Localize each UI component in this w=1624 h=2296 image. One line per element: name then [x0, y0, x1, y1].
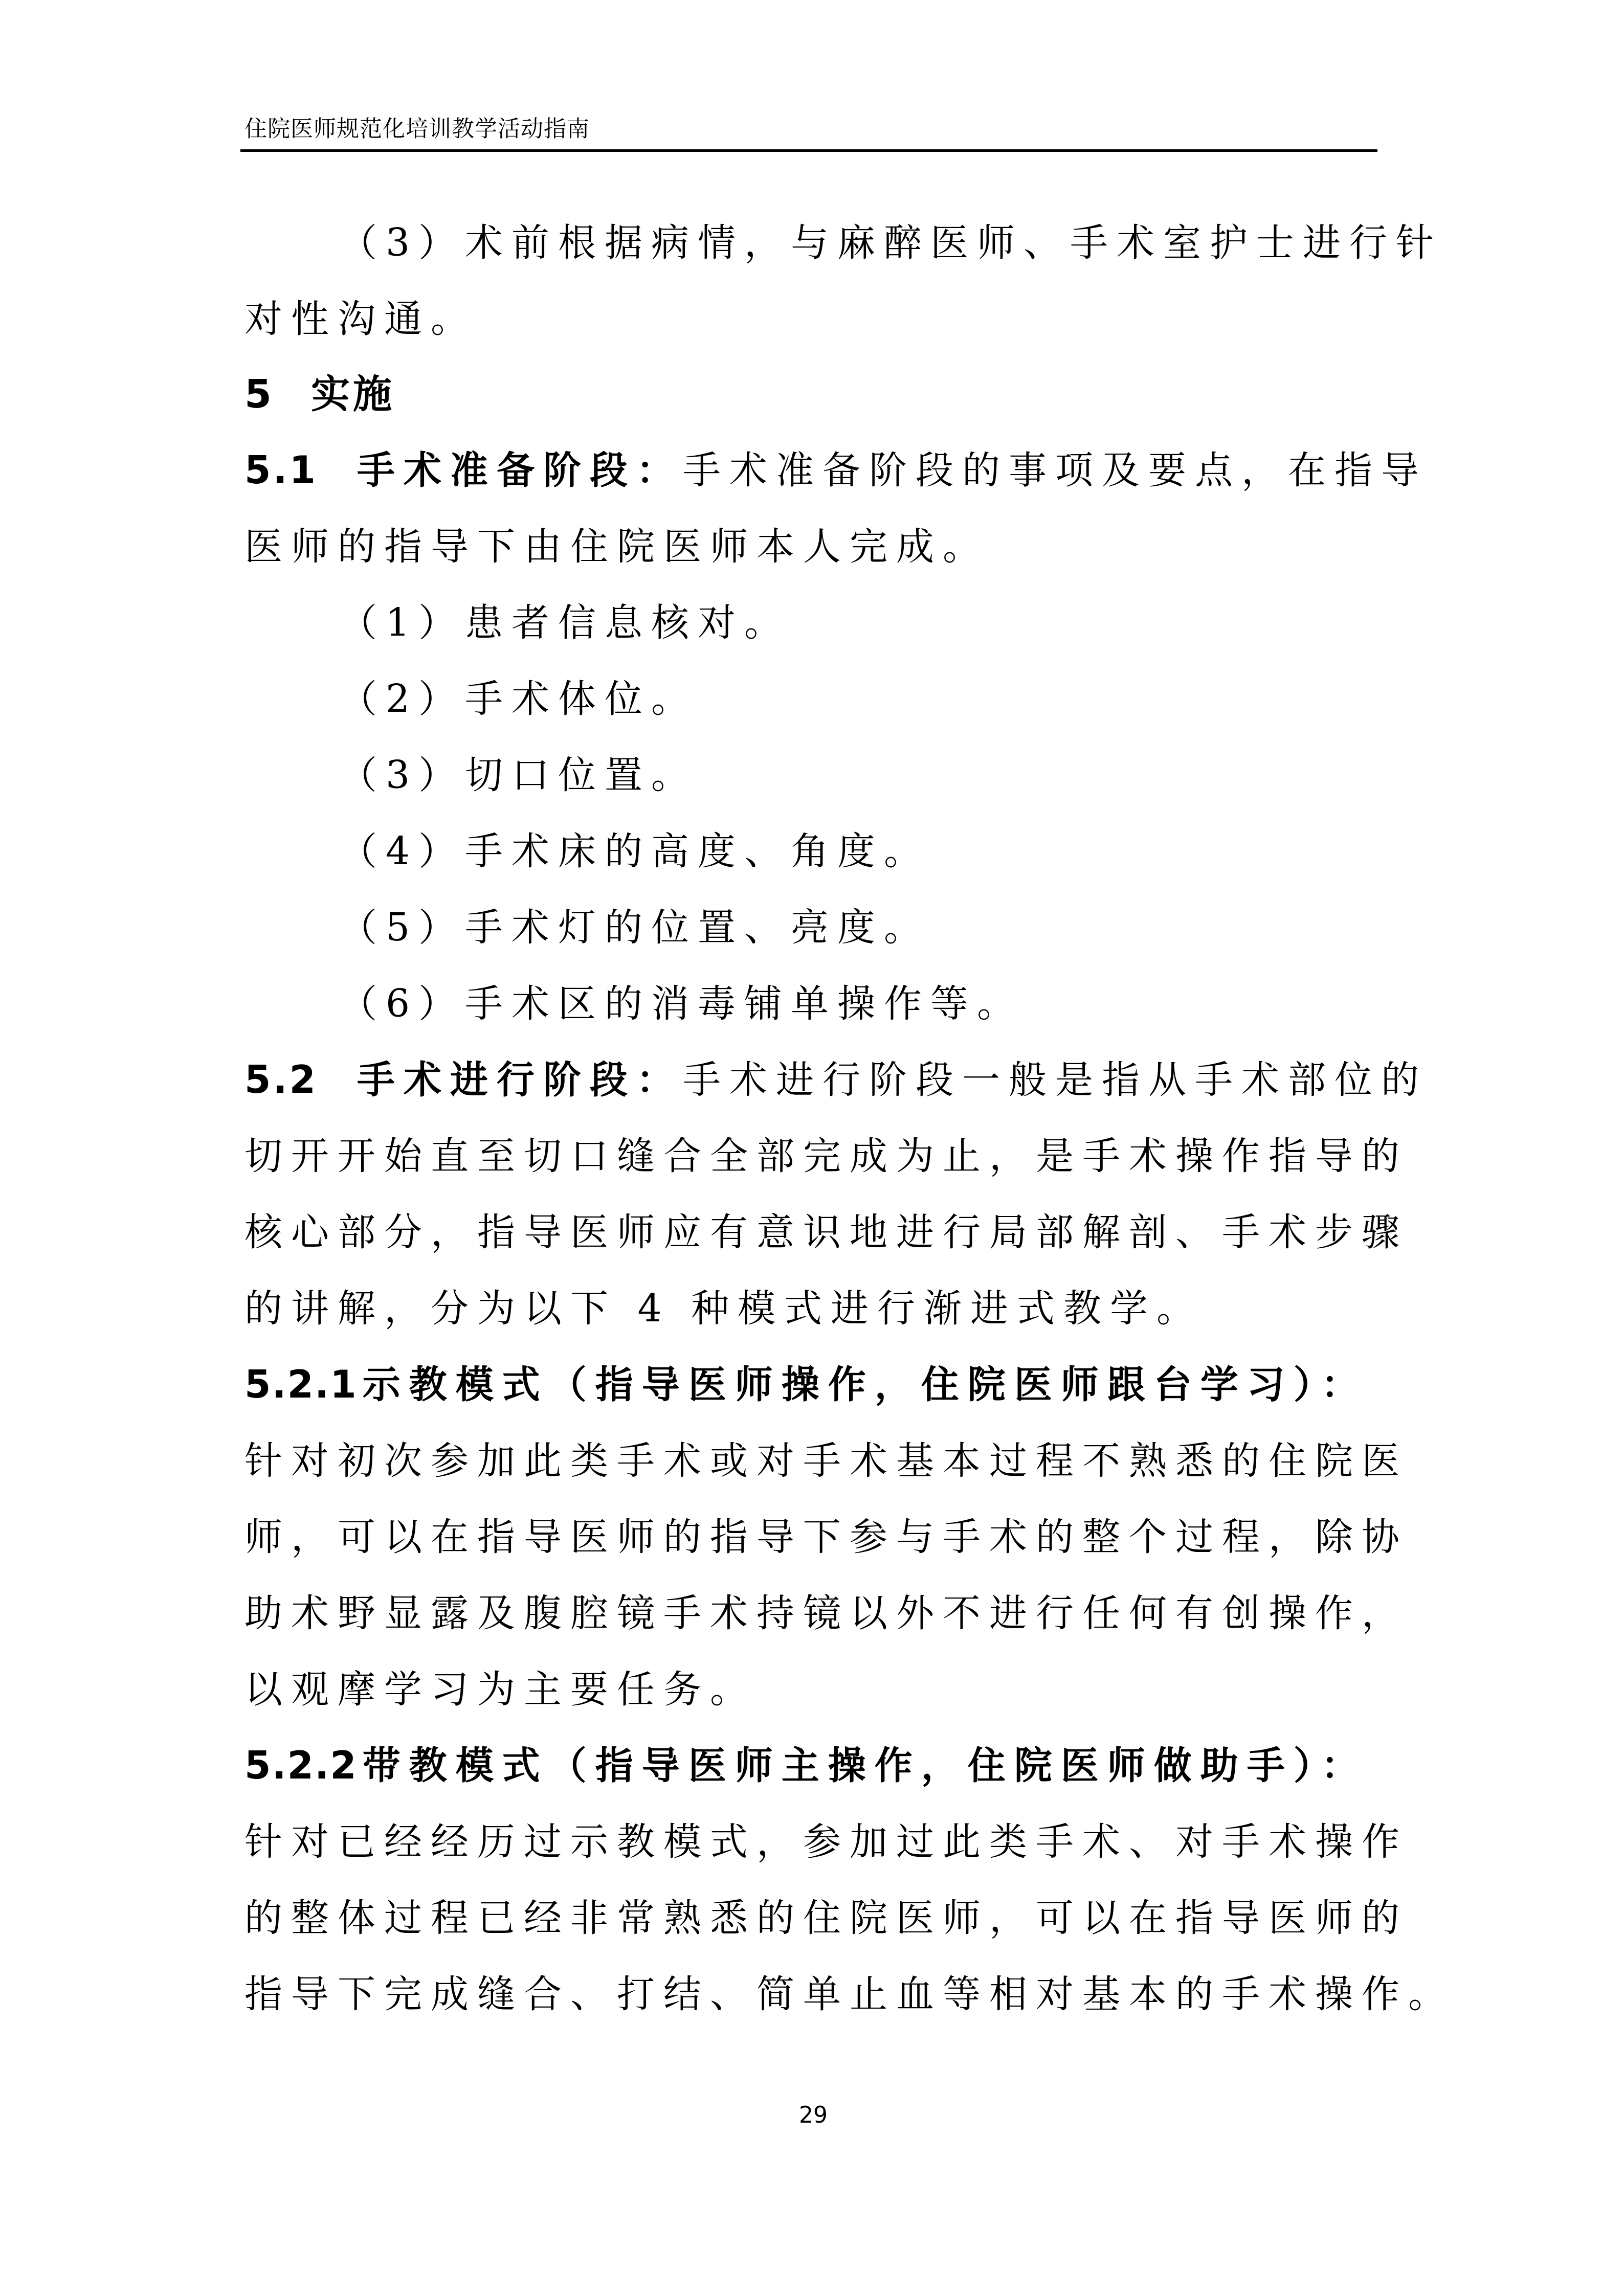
- section-text: 手术进行阶段一般是指从手术部位的: [683, 1058, 1428, 1102]
- section-title: 手术进行阶段：: [357, 1058, 683, 1102]
- section-heading-5-2-2: 5.2.2带教模式（指导医师主操作，住院医师做助手）：: [244, 1727, 1368, 1804]
- running-header-title: 住院医师规范化培训教学活动指南: [244, 117, 590, 142]
- paragraph-line: 医师的指导下由住院医师本人完成。: [244, 508, 989, 585]
- section-5-2-lead: 5.2手术进行阶段：手术进行阶段一般是指从手术部位的: [244, 1042, 1428, 1118]
- section-5-1-lead: 5.1手术准备阶段：手术准备阶段的事项及要点，在指导: [244, 432, 1428, 509]
- list-item: （2）手术体位。: [339, 661, 698, 737]
- list-item: （3）切口位置。: [339, 737, 698, 814]
- section-number: 5.1: [244, 432, 357, 509]
- list-item: （4）手术床的高度、角度。: [339, 813, 930, 890]
- section-number: 5: [244, 356, 311, 433]
- paragraph-line: 助术野显露及腹腔镜手术持镜以外不进行任何有创操作，: [244, 1575, 1408, 1652]
- paragraph-line: 核心部分，指导医师应有意识地进行局部解剖、手术步骤: [244, 1194, 1408, 1271]
- paragraph-line: 切开开始直至切口缝合全部完成为止，是手术操作指导的: [244, 1118, 1408, 1195]
- section-title: 实施: [311, 371, 395, 417]
- section-title: 带教模式（指导医师主操作，住院医师做助手）：: [363, 1744, 1368, 1788]
- section-title: 手术准备阶段：: [357, 448, 683, 492]
- paragraph-line: （3）术前根据病情，与麻醉医师、手术室护士进行针: [339, 205, 1442, 281]
- section-number: 5.2: [244, 1042, 357, 1118]
- list-item: （6）手术区的消毒铺单操作等。: [339, 965, 1024, 1042]
- paragraph-line: 指导下完成缝合、打结、简单止血等相对基本的手术操作。: [244, 1956, 1455, 2033]
- paragraph-line: 对性沟通。: [244, 281, 477, 357]
- paragraph-line: 针对已经经历过示教模式，参加过此类手术、对手术操作: [244, 1804, 1408, 1880]
- paragraph-line: 的讲解，分为以下 4 种模式进行渐进式教学。: [244, 1270, 1203, 1347]
- paragraph-line: 针对初次参加此类手术或对手术基本过程不熟悉的住院医: [244, 1423, 1408, 1499]
- page-number: 29: [799, 2103, 828, 2128]
- paragraph-line: 的整体过程已经非常熟悉的住院医师，可以在指导医师的: [244, 1880, 1408, 1956]
- section-number: 5.2.2: [244, 1727, 358, 1804]
- section-heading-5: 5实施: [244, 356, 395, 433]
- list-item: （5）手术灯的位置、亮度。: [339, 889, 930, 966]
- list-item: （1）患者信息核对。: [339, 584, 791, 661]
- section-number: 5.2.1: [244, 1346, 358, 1423]
- section-text: 手术准备阶段的事项及要点，在指导: [683, 448, 1428, 492]
- section-title: 示教模式（指导医师操作，住院医师跟台学习）：: [363, 1363, 1368, 1407]
- header-divider: [240, 149, 1377, 152]
- section-heading-5-2-1: 5.2.1示教模式（指导医师操作，住院医师跟台学习）：: [244, 1346, 1368, 1423]
- paragraph-line: 师，可以在指导医师的指导下参与手术的整个过程，除协: [244, 1499, 1408, 1575]
- paragraph-line: 以观摩学习为主要任务。: [244, 1651, 757, 1728]
